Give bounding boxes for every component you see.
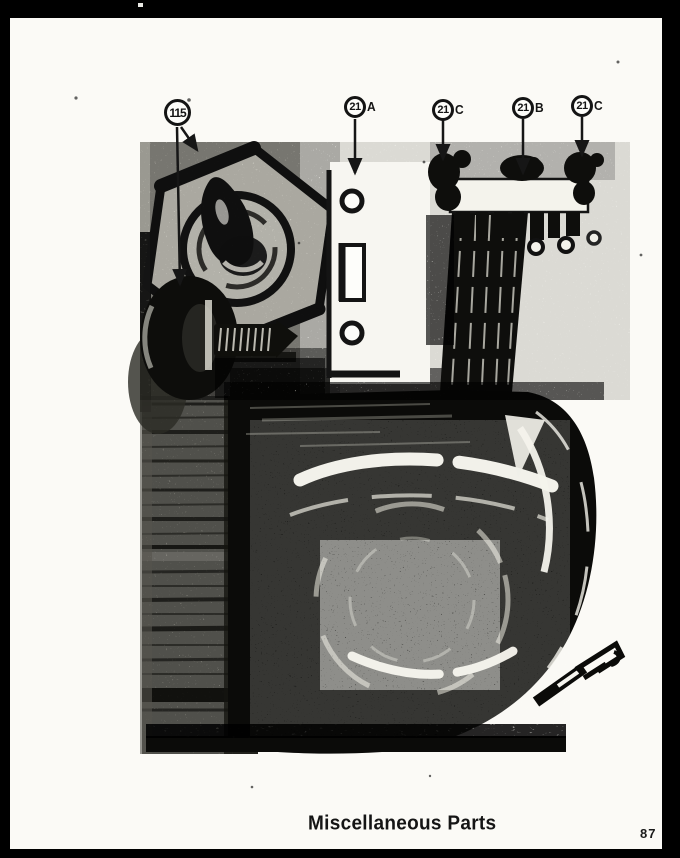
callout-21b-suffix: B: [535, 102, 544, 115]
callout-21b-number: 21: [517, 103, 528, 114]
scan-speck: [138, 3, 143, 7]
callout-21c-right-number: 21: [576, 101, 587, 112]
callout-21b: 21: [512, 97, 534, 119]
callout-115-number: 115: [169, 107, 185, 119]
callout-21c-right-suffix: C: [594, 100, 603, 113]
callout-21c-left: 21: [432, 99, 454, 121]
page-number: 87: [640, 826, 656, 841]
callout-21c-right: 21: [571, 95, 593, 117]
callout-115: 115: [164, 99, 191, 126]
scanned-page: { "document": { "caption": "Miscellaneou…: [0, 0, 680, 858]
callout-21c-left-suffix: C: [455, 104, 464, 117]
figure-caption: Miscellaneous Parts: [308, 812, 496, 836]
callout-21a: 21: [344, 96, 366, 118]
paper-page: [10, 18, 662, 849]
callout-21c-left-number: 21: [437, 105, 448, 116]
callout-21a-suffix: A: [367, 101, 376, 114]
callout-21a-number: 21: [349, 102, 360, 113]
